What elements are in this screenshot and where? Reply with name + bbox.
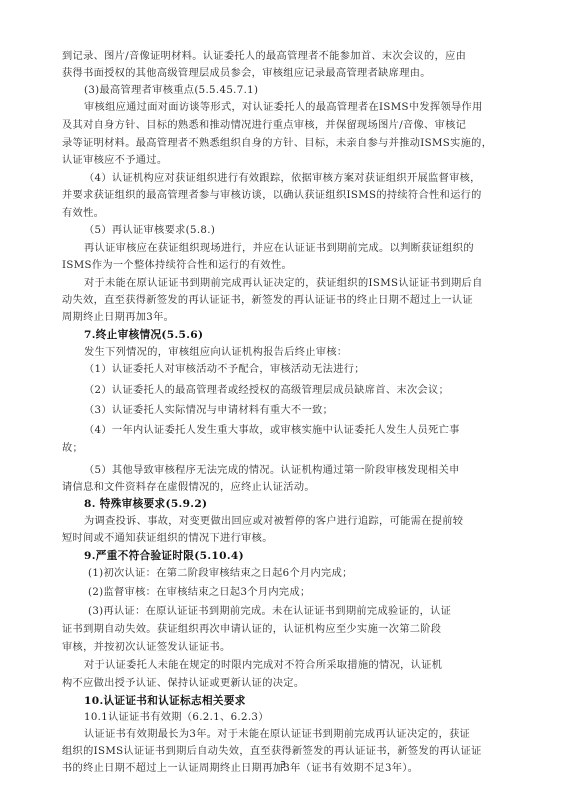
text-line: 审核组应通过面对面访谈等形式，对认证委托人的最高管理者在ISMS中发挥领导作用 <box>84 101 529 115</box>
text-line: 获得书面授权的其他高级管理层成员参会，审核组应记录最高管理者缺席理由。 <box>62 67 507 81</box>
text-line: 请信息和文件资料存在虚假情况的，应终止认证活动。 <box>62 481 507 495</box>
section-heading-8: 8. 特殊审核要求(5.9.2) <box>84 497 529 511</box>
list-item: (3)再认证：在原认证证书到期前完成。未在认证证书到期前完成验证的，认证 <box>88 605 533 619</box>
text-line: 到记录、图片/音像证明材料。认证委托人的最高管理者不能参加首、末次会议的，应由 <box>62 50 507 64</box>
text-line: 故； <box>62 442 507 456</box>
list-item: (2)监督审核：在审核结束之日起3个月内完成； <box>88 586 533 600</box>
text-line: 周期终止日期再加3年。 <box>62 311 507 325</box>
text-line: 动失效，直至获得新签发的再认证证书，新签发的再认证证书的终止日期不超过上一认证 <box>62 294 507 308</box>
subheading: 10.1认证证书有效期（6.2.1、6.2.3） <box>84 711 529 725</box>
subheading: （5）再认证审核要求(5.8.) <box>84 224 529 238</box>
section-heading-7: 7.终止审核情况(5.5.6) <box>84 328 529 342</box>
text-line: 为调查投诉、事故，对变更做出回应或对被暂停的客户进行追踪，可能需在提前较 <box>84 515 529 529</box>
section-heading-10: 10.认证证书和认证标志相关要求 <box>84 694 529 708</box>
text-line: 录等证明材料。最高管理者不熟悉组织自身的方针、目标，未亲自参与并推动ISMS实施… <box>62 137 507 151</box>
text-line: 认证证书有效期最长为3年。对于未能在原认证证书到期前完成再认证决定的，获证 <box>84 728 529 742</box>
section-heading-9: 9.严重不符合验证时限(5.10.4) <box>84 549 529 563</box>
page-number: 3 <box>280 760 286 771</box>
text-line: 组织的ISMS认证证书到期后自动失效，直至获得新签发的再认证证书，新签发的再认证… <box>62 745 507 759</box>
list-item: （4）一年内认证委托人发生重大事故，或审核实施中认证委托人发生人员死亡事 <box>84 424 529 438</box>
text-line: ISMS作为一个整体持续符合性和运行的有效性。 <box>62 259 507 273</box>
text-line: 对于未能在原认证证书到期前完成再认证决定的，获证组织的ISMS认证证书到期后自 <box>84 277 529 291</box>
text-line: （4）认证机构应对获证组织进行有效跟踪，依据审核方案对获证组织开展监督审核， <box>84 172 529 186</box>
text-line: 发生下列情况的，审核组应向认证机构报告后终止审核： <box>84 346 529 360</box>
list-item: （5）其他导致审核程序无法完成的情况。认证机构通过第一阶段审核发现相关申 <box>84 464 529 478</box>
text-line: 有效性。 <box>62 207 507 221</box>
list-item: (1)初次认证：在第二阶段审核结束之日起6个月内完成； <box>88 567 533 581</box>
text-line: 并要求获证组织的最高管理者参与审核访谈，以确认获证组织ISMS的持续符合性和运行… <box>62 189 507 203</box>
text-line: 再认证审核应在获证组织现场进行，并应在认证证书到期前完成。以判断获证组织的 <box>84 242 529 256</box>
document-page: 到记录、图片/音像证明材料。认证委托人的最高管理者不能参加首、末次会议的，应由 … <box>0 0 565 800</box>
text-line: 审核，并按初次认证签发认证证书。 <box>62 641 507 655</box>
list-item: （2）认证委托人的最高管理者或经授权的高级管理层成员缺席首、末次会议； <box>84 384 529 398</box>
text-line: 短时间或不通知获证组织的情况下进行审核。 <box>62 532 507 546</box>
text-line: 证书到期自动失效。获证组织再次申请认证的，认证机构应至少实施一次第二阶段 <box>62 623 507 637</box>
text-line: 对于认证委托人未能在规定的时限内完成对不符合所采取措施的情况，认证机 <box>84 659 529 673</box>
list-item: （3）认证委托人实际情况与申请材料有重大不一致； <box>84 404 529 418</box>
subheading: (3)最高管理者审核重点(5.5.45.7.1) <box>84 84 529 98</box>
text-line: 认证审核应不予通过。 <box>62 154 507 168</box>
list-item: （1）认证委托人对审核活动不予配合，审核活动无法进行； <box>84 363 529 377</box>
text-line: 及其对自身方针、目标的熟悉和推动情况进行重点审核，并保留现场图片/音像、审核记 <box>62 119 507 133</box>
text-line: 构不应做出授予认证、保持认证或更新认证的决定。 <box>62 677 507 691</box>
